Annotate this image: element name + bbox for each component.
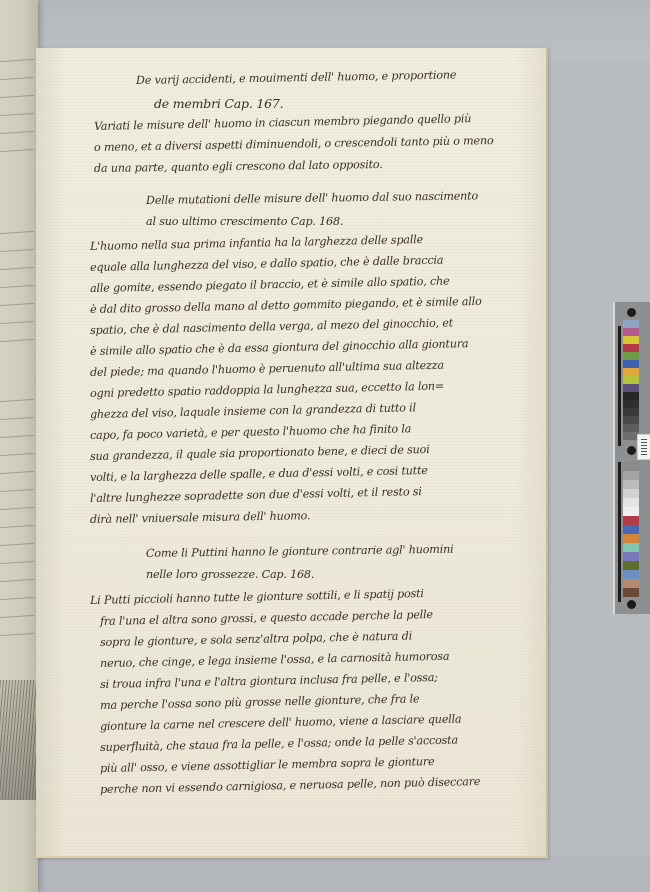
color-swatch: [623, 561, 639, 570]
facing-page-illustration: [0, 680, 36, 800]
color-swatch: [623, 384, 639, 392]
facing-page-text-line: [0, 131, 34, 135]
body-line: fra l'una el altra sono grossi, e questo…: [100, 608, 433, 628]
body-line: gionture la carne nel crescere dell' huo…: [100, 712, 462, 733]
color-swatch: [623, 507, 639, 516]
facing-page-text-line: [0, 615, 34, 619]
color-swatch: [623, 400, 639, 408]
color-swatch: [623, 424, 639, 432]
color-swatch: [623, 588, 639, 597]
body-line: dirà nell' vniuersale misura dell' huomo…: [90, 509, 311, 526]
body-line: è simile allo spatio che è da essa giont…: [90, 337, 469, 358]
facing-page-text-line: [0, 267, 34, 271]
color-swatch: [623, 368, 639, 376]
facing-page-text-line: [0, 453, 34, 457]
target-hole-top: [627, 308, 636, 317]
body-line: superfluità, che staua fra la pelle, e l…: [100, 734, 458, 754]
chapter-heading-line: Come li Puttini hanno le gionture contra…: [146, 543, 454, 560]
color-calibration-target: [613, 302, 650, 614]
color-swatch: [623, 471, 639, 480]
color-swatch: [623, 376, 639, 384]
color-swatch: [623, 534, 639, 543]
body-line: ma perche l'ossa sono più grosse nelle g…: [100, 692, 420, 712]
facing-page-text-line: [0, 561, 34, 565]
chapter-heading-line: Delle mutationi delle misure dell' huomo…: [146, 189, 478, 207]
target-black-bar: [618, 326, 621, 446]
body-line: spatio, che è dal nascimento della verga…: [90, 316, 453, 337]
target-hole-middle: [627, 446, 636, 455]
facing-page-text-line: [0, 579, 34, 583]
target-hole-bottom: [627, 600, 636, 609]
body-line: ghezza del viso, laquale insieme con la …: [90, 401, 416, 421]
body-line: neruo, che cinge, e lega insieme l'ossa,…: [100, 650, 450, 670]
body-line: equale alla lunghezza del viso, e dallo …: [90, 254, 444, 274]
color-swatch: [623, 480, 639, 489]
facing-page-text-line: [0, 471, 34, 475]
chapter-heading-line: nelle loro grossezze. Cap. 168.: [146, 568, 314, 581]
color-swatch: [623, 408, 639, 416]
color-swatch: [623, 516, 639, 525]
body-line: più all' osso, e viene assottigliar le m…: [100, 755, 435, 775]
body-line: Li Putti piccioli hanno tutte le giontur…: [90, 587, 424, 607]
facing-page-text-line: [0, 597, 34, 601]
body-line: perche non vi essendo carnigiosa, e neru…: [100, 775, 481, 796]
facing-page-text-line: [0, 321, 34, 325]
facing-page-text-line: [0, 113, 34, 117]
color-swatch: [623, 570, 639, 579]
body-line: Variati le misure dell' huomo in ciascun…: [94, 112, 471, 133]
facing-page-text-line: [0, 507, 34, 511]
color-swatch: [623, 360, 639, 368]
color-swatch: [623, 352, 639, 360]
facing-page-text-line: [0, 231, 34, 235]
color-swatches-top: [623, 320, 639, 440]
target-scale-card: [637, 434, 650, 460]
body-line: del piede; ma quando l'huomo è peruenuto…: [90, 359, 444, 379]
facing-page-left: [0, 0, 38, 892]
body-line: ogni predetto spatio raddoppia la lunghe…: [90, 380, 444, 400]
body-line: sua grandezza, il quale sia proportionat…: [90, 443, 430, 463]
manuscript-page: De varij accidenti, e mouimenti dell' hu…: [36, 48, 548, 858]
facing-page-text-line: [0, 435, 34, 439]
facing-page-text-line: [0, 95, 34, 99]
color-swatch: [623, 328, 639, 336]
color-swatch: [623, 489, 639, 498]
facing-page-text-line: [0, 59, 34, 63]
facing-page-text-line: [0, 633, 34, 637]
facing-page-text-line: [0, 543, 34, 547]
facing-page-text-line: [0, 417, 34, 421]
color-swatch: [623, 462, 639, 471]
color-swatch: [623, 498, 639, 507]
facing-page-text-line: [0, 77, 34, 81]
facing-page-text-line: [0, 303, 34, 307]
body-line: si troua infra l'una e l'altra giontura …: [100, 671, 438, 691]
body-line: è dal dito grosso della mano al detto go…: [90, 295, 482, 316]
color-swatch: [623, 320, 639, 328]
body-line: volti, e la larghezza delle spalle, e du…: [90, 464, 428, 484]
chapter-heading-line: de membri Cap. 167.: [154, 96, 283, 111]
color-swatch: [623, 525, 639, 534]
chapter-heading-line: al suo ultimo crescimento Cap. 168.: [146, 215, 343, 228]
target-black-bar: [618, 462, 621, 602]
facing-page-text-line: [0, 525, 34, 529]
body-line: L'huomo nella sua prima infantia ha la l…: [90, 233, 423, 253]
color-swatch: [623, 336, 639, 344]
color-swatch: [623, 552, 639, 561]
scanner-backdrop-bottom: [0, 855, 650, 892]
color-swatch: [623, 416, 639, 424]
facing-page-text-line: [0, 489, 34, 493]
body-line: sopra le gionture, e sola senz'altra pol…: [100, 629, 412, 649]
color-swatches-bottom: [623, 462, 639, 597]
body-line: alle gomite, essendo piegato il braccio,…: [90, 274, 450, 295]
facing-page-text-line: [0, 149, 34, 153]
body-line: capo, fa poco varietà, e per questo l'hu…: [90, 422, 411, 442]
color-swatch: [623, 543, 639, 552]
body-line: l'altre lunghezze sopradette son due d'e…: [90, 485, 422, 505]
color-swatch: [623, 344, 639, 352]
facing-page-text-line: [0, 249, 34, 253]
body-line: o meno, et a diversi aspetti diminuendol…: [94, 134, 494, 154]
chapter-heading-line: De varij accidenti, e mouimenti dell' hu…: [136, 68, 456, 87]
facing-page-text-line: [0, 285, 34, 289]
facing-page-text-line: [0, 399, 34, 403]
color-swatch: [623, 579, 639, 588]
body-line: da una parte, quanto egli crescono dal l…: [94, 158, 383, 175]
facing-page-text-line: [0, 339, 34, 343]
color-swatch: [623, 392, 639, 400]
